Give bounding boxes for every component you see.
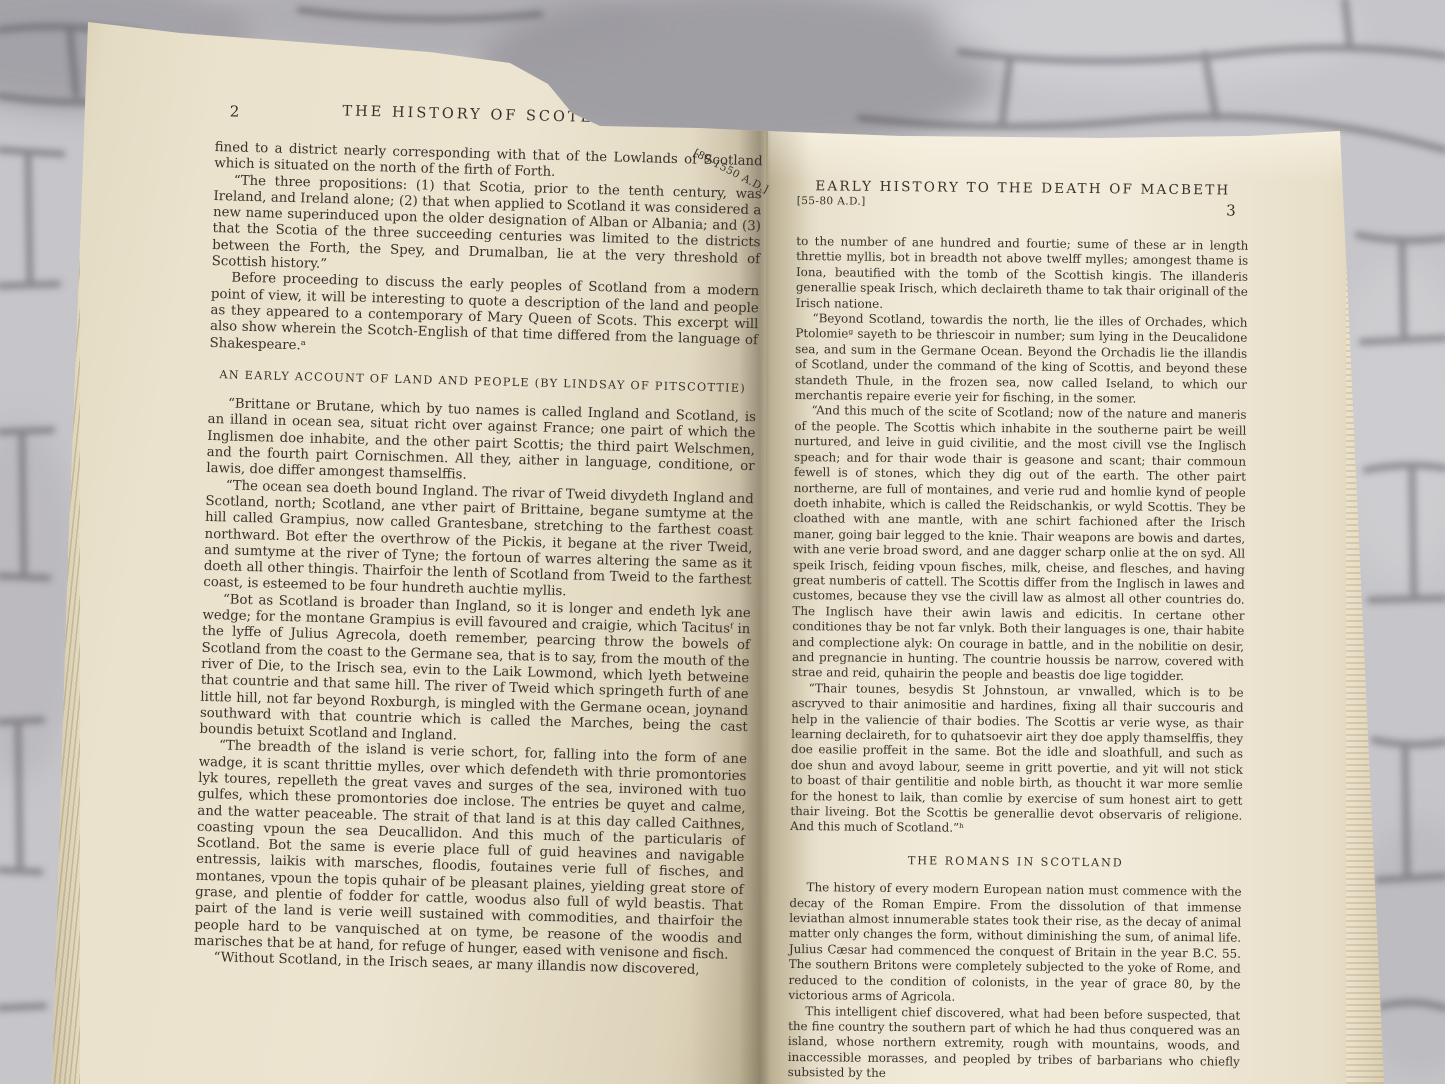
section-heading: THE ROMANS IN SCOTLAND (790, 852, 1242, 872)
paragraph: “The three propositions: (1) that Scotia… (212, 173, 762, 285)
paragraph: The history of every modern European nat… (788, 880, 1241, 1008)
left-page-text: 2 THE HISTORY OF SCOTLAND [80-1550 A.D.]… (193, 100, 763, 981)
page-number: 3 (1226, 201, 1237, 219)
paragraph: “Beyond Scotland, towardis the north, li… (795, 311, 1248, 408)
paragraph: to the number of ane hundred and fourtie… (796, 234, 1249, 316)
open-book: 2 THE HISTORY OF SCOTLAND [80-1550 A.D.]… (0, 0, 1445, 1084)
right-page-body: to the number of ane hundred and fourtie… (788, 234, 1249, 1084)
book-photo: 2 THE HISTORY OF SCOTLAND [80-1550 A.D.]… (0, 0, 1445, 1084)
section-heading: AN EARLY ACCOUNT OF LAND AND PEOPLE (BY … (209, 367, 757, 398)
paragraph: “The ocean sea doeth bound Ingland. The … (203, 478, 754, 606)
left-page-body: fined to a district nearly corresponding… (193, 140, 762, 981)
paragraph: “And this much of the scite of Scotland;… (792, 403, 1247, 685)
paragraph: “The breadth of the island is verie scho… (194, 738, 747, 964)
paragraph: “Bot as Scotland is broader than Ingland… (199, 592, 751, 753)
right-page-text: EARLY HISTORY TO THE DEATH OF MACBETH 3 … (788, 178, 1249, 1084)
paragraph: This intelligent chief discovered, what … (788, 1003, 1241, 1084)
paragraph: “Brittane or Brutane, which by tuo names… (206, 396, 756, 492)
margin-note: [55-80 A.D.] (797, 195, 866, 208)
paragraph: Before proceeding to discuss the early p… (209, 270, 759, 366)
paragraph: “Thair tounes, besydis St Johnstoun, ar … (790, 681, 1244, 840)
